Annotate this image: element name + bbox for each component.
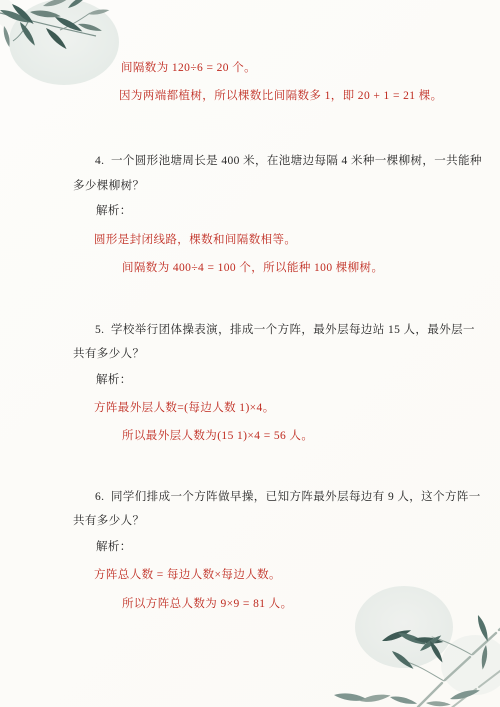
moon-circle bbox=[355, 586, 453, 668]
q5-analysis-line-1: 方阵最外层人数=(每边人数 1)×4。 bbox=[94, 402, 275, 415]
q6-analysis-label: 解析： bbox=[96, 541, 132, 554]
question-4-text-line-1: 4. 一个圆形池塘周长是 400 米，在池塘边每隔 4 米种一棵柳树，一共能种 bbox=[95, 155, 482, 168]
bamboo-ink-painting-bottom-right-icon bbox=[330, 577, 500, 707]
question-6-text-line-1: 6. 同学们排成一个方阵做早操，已知方阵最外层每边有 9 人，这个方阵一 bbox=[95, 491, 481, 504]
question-6-text-line-2: 共有多少人？ bbox=[73, 515, 144, 528]
q4-analysis-label: 解析： bbox=[96, 205, 132, 218]
question-5-text-line-2: 共有多少人？ bbox=[73, 348, 144, 361]
question-4-text-line-2: 多少棵柳树？ bbox=[73, 180, 144, 193]
worksheet-page: 间隔数为 120÷6 = 20 个。 因为两端都植树，所以棵数比间隔数多 1，即… bbox=[0, 0, 500, 707]
question-5-text-line-1: 5. 学校举行团体操表演，排成一个方阵，最外层每边站 15 人，最外层一 bbox=[95, 324, 475, 337]
bamboo-branch bbox=[0, 12, 96, 41]
q5-analysis-label: 解析： bbox=[96, 374, 132, 387]
moon-circle-faint bbox=[441, 635, 500, 695]
q3-answer-line-2: 因为两端都植树，所以棵数比间隔数多 1，即 20 + 1 = 21 棵。 bbox=[119, 90, 443, 103]
bamboo-leaves bbox=[0, 0, 110, 51]
q4-analysis-line-1: 圆形是封闭线路，棵数和间隔数相等。 bbox=[94, 234, 296, 247]
q5-analysis-line-2: 所以最外层人数为(15 1)×4 = 56 人。 bbox=[122, 430, 313, 443]
q4-analysis-line-2: 间隔数为 400÷4 = 100 个，所以能种 100 棵柳树。 bbox=[122, 262, 383, 275]
q6-analysis-line-2: 所以方阵总人数为 9×9 = 81 人。 bbox=[122, 598, 292, 611]
q3-answer-line-1: 间隔数为 120÷6 = 20 个。 bbox=[121, 62, 256, 75]
moon-circle bbox=[9, 0, 119, 85]
bamboo-leaves bbox=[334, 614, 490, 707]
bamboo-stalk bbox=[404, 620, 500, 707]
q6-analysis-line-1: 方阵总人数 = 每边人数×每边人数。 bbox=[94, 569, 281, 582]
paper-streak bbox=[0, 0, 56, 60]
